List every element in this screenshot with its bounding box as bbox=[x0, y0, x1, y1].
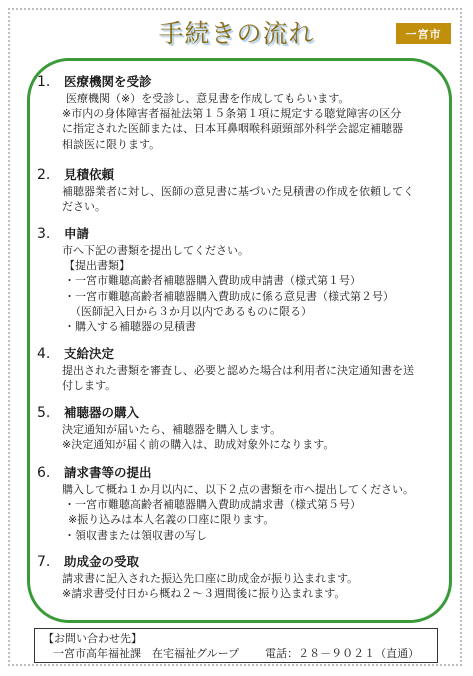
step-title: 見積依頼 bbox=[64, 165, 114, 183]
step-number: 1. bbox=[37, 74, 64, 90]
document-note: （医師記入日から３か月以内であるものに限る） bbox=[70, 304, 447, 319]
step-title: 支給決定 bbox=[64, 344, 114, 362]
contact-box: 【お問い合わせ先】 一宮市高年福祉課 在宅福祉グループ 電話：２８－９０２１（直… bbox=[34, 628, 438, 663]
step-title: 請求書等の提出 bbox=[64, 463, 152, 481]
step-body: 市へ下記の書類を提出してください。 【提出書類】 ・一宮市難聴高齢者補聴器購入費… bbox=[62, 243, 447, 334]
step-title: 申請 bbox=[64, 224, 89, 242]
step-number: 3. bbox=[37, 226, 64, 242]
step-body: 提出された書類を審査し、必要と認めた場合は利用者に決定通知書を送 付します。 bbox=[62, 363, 447, 393]
document-item: ・一宮市難聴高齢者補聴器購入費助成に係る意見書（様式第２号） bbox=[64, 289, 447, 304]
step-7: 7. 助成金の受取 請求書に記入された振込先口座に助成金が振り込まれます。 ※請… bbox=[37, 552, 447, 601]
step-4: 4. 支給決定 提出された書類を審査し、必要と認めた場合は利用者に決定通知書を送… bbox=[37, 344, 447, 393]
contact-department: 一宮市高年福祉課 在宅福祉グループ bbox=[53, 646, 239, 661]
step-6: 6. 請求書等の提出 購入して概ね１か月以内に、以下２点の書類を市へ提出してくだ… bbox=[37, 463, 447, 543]
documents-label: 【提出書類】 bbox=[64, 258, 447, 273]
step-note: に指定された医師または、日本耳鼻咽喉科頭頸部外科学会認定補聴器 bbox=[62, 121, 447, 136]
step-3: 3. 申請 市へ下記の書類を提出してください。 【提出書類】 ・一宮市難聴高齢者… bbox=[37, 224, 447, 334]
step-note: ※決定通知が届く前の購入は、助成対象外になります。 bbox=[62, 437, 447, 452]
step-text: 決定通知が届いたら、補聴器を購入します。 bbox=[62, 422, 447, 437]
contact-label: 【お問い合わせ先】 bbox=[43, 631, 429, 646]
step-note: ※市内の身体障害者福祉法第１５条第１項に規定する聴覚障害の区分 bbox=[62, 106, 447, 121]
contact-phone: 電話：２８－９０２１（直通） bbox=[265, 646, 419, 661]
step-text: 請求書に記入された振込先口座に助成金が振り込まれます。 bbox=[62, 571, 447, 586]
step-number: 2. bbox=[37, 167, 64, 183]
step-number: 5. bbox=[37, 405, 64, 421]
step-text: 付します。 bbox=[62, 378, 447, 393]
step-title: 助成金の受取 bbox=[64, 552, 139, 570]
step-title: 医療機関を受診 bbox=[64, 72, 152, 90]
step-note: ※請求書受付日から概ね２～３週間後に振り込まれます。 bbox=[62, 586, 447, 601]
step-text: ださい。 bbox=[62, 199, 447, 214]
step-text: 医療機関（※）を受診し、意見書を作成してもらいます。 bbox=[66, 91, 447, 106]
step-note: 相談医に限ります。 bbox=[62, 137, 447, 152]
step-note: ※振り込みは本人名義の口座に限ります。 bbox=[68, 512, 447, 527]
step-text: 購入して概ね１か月以内に、以下２点の書類を市へ提出してください。 bbox=[62, 482, 447, 497]
step-title: 補聴器の購入 bbox=[64, 403, 139, 421]
document-item: ・領収書または領収書の写し bbox=[64, 528, 447, 543]
city-badge: 一宮市 bbox=[396, 23, 451, 44]
step-number: 7. bbox=[37, 554, 64, 570]
step-1: 1. 医療機関を受診 医療機関（※）を受診し、意見書を作成してもらいます。 ※市… bbox=[37, 72, 447, 152]
step-5: 5. 補聴器の購入 決定通知が届いたら、補聴器を購入します。 ※決定通知が届く前… bbox=[37, 403, 447, 452]
step-text: 市へ下記の書類を提出してください。 bbox=[62, 243, 447, 258]
document-item: ・購入する補聴器の見積書 bbox=[64, 319, 447, 334]
step-body: 購入して概ね１か月以内に、以下２点の書類を市へ提出してください。 ・一宮市難聴高… bbox=[62, 482, 447, 543]
step-body: 補聴器業者に対し、医師の意見書に基づいた見積書の作成を依頼してく ださい。 bbox=[62, 184, 447, 214]
document-item: ・一宮市難聴高齢者補聴器購入費助成請求書（様式第５号） bbox=[64, 497, 447, 512]
step-body: 医療機関（※）を受診し、意見書を作成してもらいます。 ※市内の身体障害者福祉法第… bbox=[66, 91, 447, 152]
step-number: 4. bbox=[37, 346, 64, 362]
document-item: ・一宮市難聴高齢者補聴器購入費助成申請書（様式第１号） bbox=[64, 273, 447, 288]
step-2: 2. 見積依頼 補聴器業者に対し、医師の意見書に基づいた見積書の作成を依頼してく… bbox=[37, 165, 447, 214]
step-text: 補聴器業者に対し、医師の意見書に基づいた見積書の作成を依頼してく bbox=[62, 184, 447, 199]
step-text: 提出された書類を審査し、必要と認めた場合は利用者に決定通知書を送 bbox=[62, 363, 447, 378]
step-number: 6. bbox=[37, 465, 64, 481]
step-body: 請求書に記入された振込先口座に助成金が振り込まれます。 ※請求書受付日から概ね２… bbox=[62, 571, 447, 601]
step-body: 決定通知が届いたら、補聴器を購入します。 ※決定通知が届く前の購入は、助成対象外… bbox=[62, 422, 447, 452]
